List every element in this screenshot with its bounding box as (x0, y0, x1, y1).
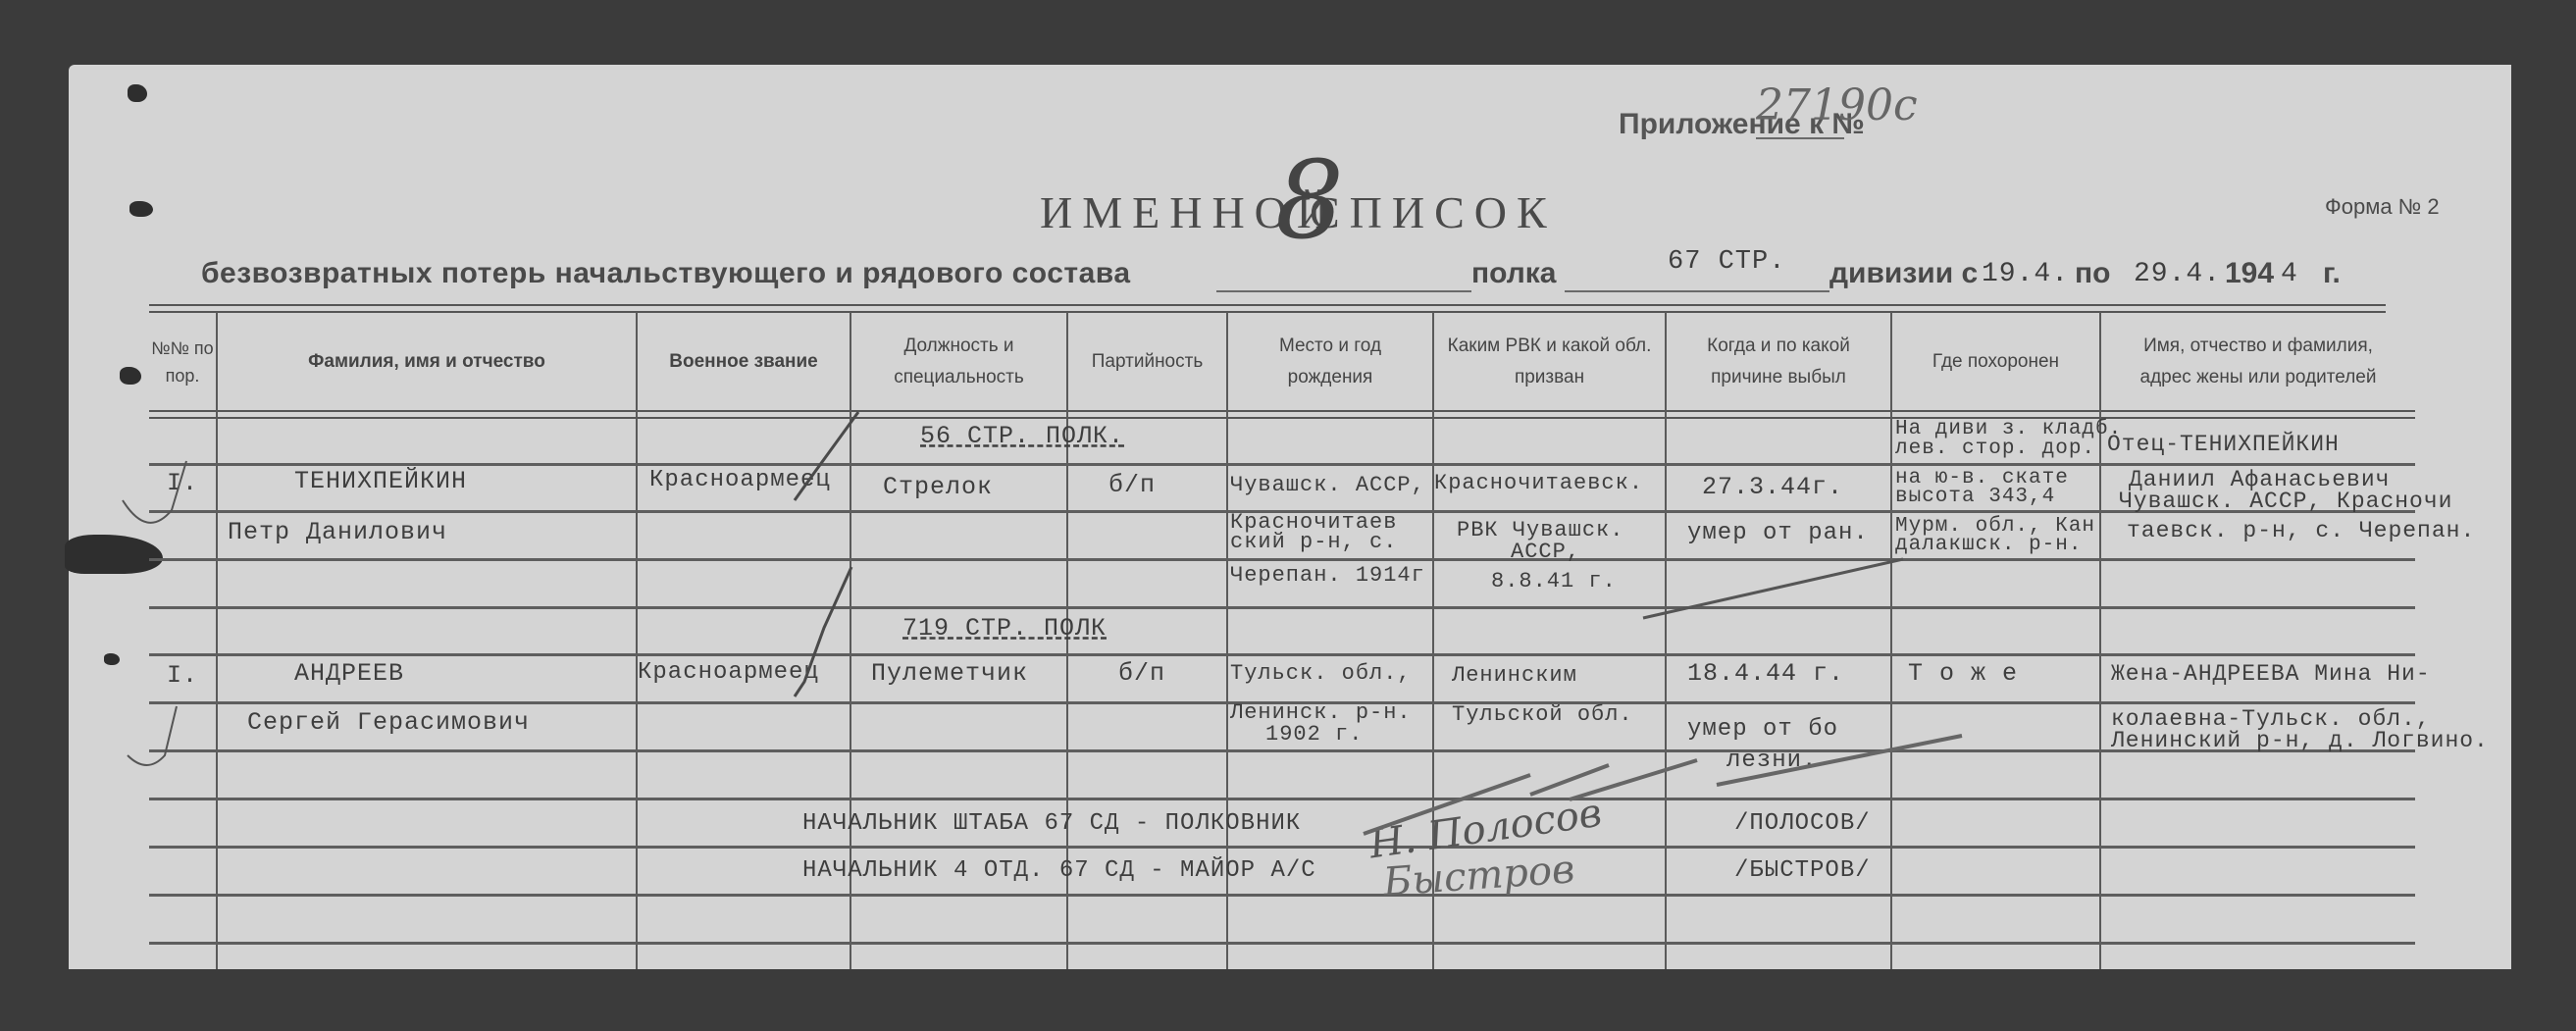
entry-1-relatives-line4: таевск. р-н, с. Черепан. (2127, 518, 2475, 543)
handwritten-mark: 8 (1275, 137, 1344, 263)
column-divider (2099, 312, 2101, 969)
entry-1-surname: ТЕНИХПЕЙКИН (294, 467, 467, 495)
entry-1-rank: Красноармеец (649, 467, 831, 493)
column-divider (216, 312, 218, 969)
entry-2-buried: Т о ж е (1908, 659, 2018, 688)
entry-2-position: Пулеметчик (871, 659, 1028, 688)
regiment-label: полка (1471, 257, 1556, 290)
entry-1-birth-line4: Черепан. 1914г (1230, 563, 1425, 588)
entry-2-departure-date: 18.4.44 г. (1687, 659, 1844, 688)
entry-2-birth-line2: Ленинск. р-н. (1230, 702, 1412, 724)
entry-1-party: б/п (1108, 471, 1156, 499)
col-header-departure: Когда и по какой причине выбыл (1667, 314, 1890, 410)
entry-2-departure-cause-1: умер от бо (1687, 716, 1838, 743)
col-header-label: Военное звание (669, 346, 817, 378)
entry-1-given-names: Петр Данилович (228, 518, 447, 546)
entry-1-relatives-line2: Даниил Афанасьевич (2129, 469, 2390, 490)
entry-2-surname: АНДРЕЕВ (294, 659, 404, 688)
col-header-label: Имя, отчество и фамилия, адрес жены или … (2131, 331, 2386, 393)
row-line (149, 942, 2415, 945)
entry-1-buried-line2: лев. стор. дор. (1895, 439, 2095, 459)
col-header-label: Партийность (1092, 346, 1203, 378)
punch-hole (120, 367, 141, 385)
row-line (149, 653, 2415, 656)
year-prefix: 194 (2225, 257, 2274, 290)
entry-1-drafted-line1: Красночитаевск. (1434, 471, 1643, 495)
col-header-position: Должность и специальность (851, 314, 1066, 410)
appendix-number: 27190с (1756, 80, 1918, 130)
division-label: дивизии с (1829, 257, 1978, 290)
date-to: 29.4. (2134, 259, 2221, 289)
entry-1-drafted-line4: 8.8.41 г. (1491, 569, 1617, 593)
entry-1-buried-line4: высота 343,4 (1895, 488, 2055, 507)
punch-hole (104, 653, 120, 665)
col-header-number: №№ по пор. (149, 314, 216, 410)
entry-1-drafted-line3: АССР, (1511, 540, 1580, 564)
signature-name-1: /ПОЛОСОВ/ (1734, 810, 1871, 837)
entry-2-given-names: Сергей Герасимович (247, 708, 530, 737)
date-to-label: по (2075, 257, 2110, 290)
col-header-drafted: Каким РВК и какой обл. призван (1434, 314, 1665, 410)
entry-2-party: б/п (1118, 659, 1165, 688)
signature-title-2: НАЧАЛЬНИК 4 ОТД. 67 СД - МАЙОР А/С (802, 857, 1316, 884)
column-divider (1890, 312, 1892, 969)
entry-1-buried-line6: далакшск. р-н. (1895, 536, 2082, 555)
punch-hole (128, 84, 147, 102)
col-header-label: Каким РВК и какой обл. призван (1444, 331, 1655, 393)
entry-1-position: Стрелок (883, 473, 993, 501)
entry-1-buried-line1: На диви з. кладб. (1895, 420, 2122, 439)
row-line (149, 894, 2415, 897)
signature-name-2: /БЫСТРОВ/ (1734, 857, 1871, 884)
col-header-label: Когда и по какой причине выбыл (1676, 331, 1880, 393)
col-header-label: №№ по пор. (149, 335, 216, 389)
row-line (149, 749, 2415, 752)
year-suffix: 4 (2281, 259, 2298, 289)
signature-title-1: НАЧАЛЬНИК ШТАБА 67 СД - ПОЛКОВНИК (802, 810, 1301, 837)
col-header-birth: Место и год рождения (1228, 314, 1432, 410)
row-line (149, 606, 2415, 609)
column-divider (636, 312, 638, 969)
col-header-buried: Где похоронен (1892, 314, 2099, 410)
regiment-field-line (1565, 290, 1829, 292)
row-line (149, 846, 2415, 849)
entry-1-relatives-line1: Отец-ТЕНИХПЕЙКИН (2107, 432, 2340, 457)
col-header-name: Фамилия, имя и отчество (218, 314, 636, 410)
form-label: Форма № 2 (2325, 194, 2440, 220)
page-title-part2: СПИСОК (1310, 186, 1557, 238)
division-value: 67 СТР. (1668, 247, 1785, 277)
col-header-label: Место и год рождения (1267, 331, 1393, 393)
entry-1-relatives-line3: Чувашск. АССР, Красночи (2119, 490, 2452, 512)
col-header-rank: Военное звание (638, 314, 850, 410)
row-line (149, 798, 2415, 800)
entry-2-birth-line3: 1902 г. (1265, 724, 1363, 746)
unit-heading-1: 56 СТР. ПОЛК. (920, 422, 1124, 450)
col-header-label: Должность и специальность (891, 331, 1027, 393)
entry-2-rank: Красноармеец (638, 659, 819, 686)
entry-1-birth-line1: Чувашск. АССР, (1230, 473, 1425, 497)
entry-2-birth-line1: Тульск. обл., (1230, 661, 1412, 686)
entry-2-relatives-line1: Жена-АНДРЕЕВА Мина Ни- (2111, 661, 2431, 687)
entry-2-drafted-line1: Ленинским (1452, 663, 1577, 688)
entry-2-number: I. (167, 661, 198, 690)
unit-heading-2: 719 СТР. ПОЛК (902, 614, 1107, 643)
entry-1-number: I. (167, 469, 198, 497)
table-top-border (149, 304, 2386, 313)
entry-1-birth-line3: ский р-н, с. (1230, 532, 1397, 553)
col-header-relatives: Имя, отчество и фамилия, адрес жены или … (2101, 314, 2415, 410)
appendix-underline (1756, 137, 1844, 139)
punch-hole (129, 201, 153, 217)
entry-1-departure-cause: умер от ран. (1687, 520, 1869, 546)
column-divider (1665, 312, 1667, 969)
col-header-label: Фамилия, имя и отчество (308, 346, 545, 378)
subtitle: безвозвратных потерь начальствующего и р… (201, 257, 1131, 290)
col-header-label: Где похоронен (1932, 346, 2059, 378)
row-line (149, 463, 2415, 466)
entry-1-departure-date: 27.3.44г. (1702, 473, 1843, 501)
year-label: г. (2323, 257, 2341, 290)
entry-2-relatives-line2: колаевна-Тульск. обл., (2111, 708, 2431, 730)
row-line (149, 558, 2415, 561)
col-header-party: Партийность (1068, 314, 1226, 410)
blank-field-line (1216, 290, 1471, 292)
entry-2-drafted-line2: Тульской обл. (1452, 702, 1633, 727)
entry-2-departure-cause-2: лезни. (1726, 747, 1817, 774)
date-from: 19.4. (1982, 259, 2069, 289)
entry-2-relatives-line3: Ленинский р-н, д. Логвино. (2111, 730, 2489, 751)
